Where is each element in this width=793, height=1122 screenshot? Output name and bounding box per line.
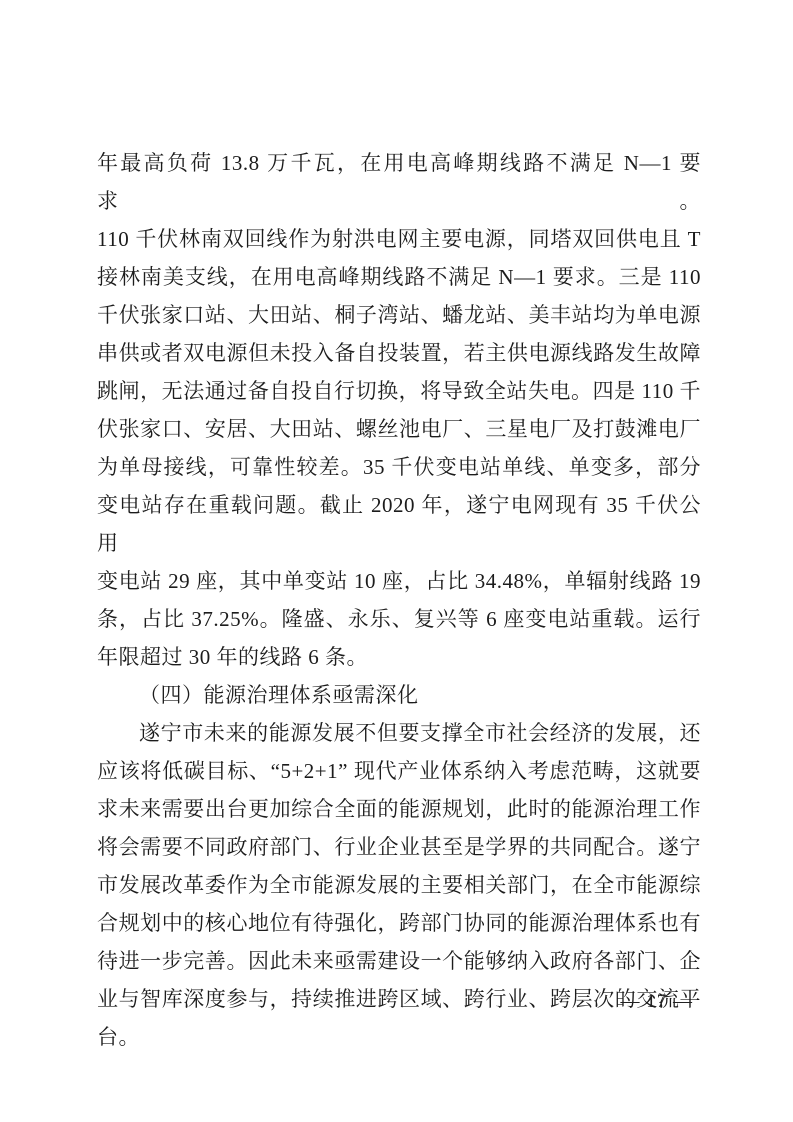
page-number: — 17 —: [621, 991, 694, 1013]
document-page: 年最高负荷 13.8 万千瓦，在用电高峰期线路不满足 N—1 要求。110 千伏…: [0, 0, 793, 1122]
text-line: 变电站 29 座，其中单变站 10 座，占比 34.48%，单辐射线路 19: [97, 562, 701, 600]
text-line: 台。: [97, 1018, 701, 1056]
text-line: 伏张家口、安居、大田站、螺丝池电厂、三星电厂及打鼓滩电厂: [97, 410, 701, 448]
text-line: 年最高负荷 13.8 万千瓦，在用电高峰期线路不满足 N—1 要求。: [97, 144, 701, 220]
text-line: 遂宁市未来的能源发展不但要支撑全市社会经济的发展，还: [97, 714, 701, 752]
text-line: 跳闸，无法通过备自投自行切换，将导致全站失电。四是 110 千: [97, 372, 701, 410]
text-line: 条，占比 37.25%。隆盛、永乐、复兴等 6 座变电站重载。运行: [97, 600, 701, 638]
text-line: 年限超过 30 年的线路 6 条。: [97, 638, 701, 676]
text-line: 合规划中的核心地位有待强化，跨部门协同的能源治理体系也有: [97, 904, 701, 942]
text-line: 待进一步完善。因此未来亟需建设一个能够纳入政府各部门、企: [97, 942, 701, 980]
text-line: 变电站存在重载问题。截止 2020 年，遂宁电网现有 35 千伏公用: [97, 486, 701, 562]
text-line: 千伏张家口站、大田站、桐子湾站、蟠龙站、美丰站均为单电源: [97, 296, 701, 334]
section-heading: （四）能源治理体系亟需深化: [97, 676, 701, 714]
text-line: 业与智库深度参与，持续推进跨区域、跨行业、跨层次的交流平: [97, 980, 701, 1018]
text-line: 串供或者双电源但未投入备自投装置，若主供电源线路发生故障: [97, 334, 701, 372]
text-line: 将会需要不同政府部门、行业企业甚至是学界的共同配合。遂宁: [97, 828, 701, 866]
text-line: 市发展改革委作为全市能源发展的主要相关部门，在全市能源综: [97, 866, 701, 904]
body-text: 年最高负荷 13.8 万千瓦，在用电高峰期线路不满足 N—1 要求。110 千伏…: [97, 144, 701, 1056]
text-line: 求未来需要出台更加综合全面的能源规划，此时的能源治理工作: [97, 790, 701, 828]
text-line: 为单母接线，可靠性较差。35 千伏变电站单线、单变多，部分: [97, 448, 701, 486]
text-line: 接林南美支线，在用电高峰期线路不满足 N—1 要求。三是 110: [97, 258, 701, 296]
text-line: 应该将低碳目标、“5+2+1” 现代产业体系纳入考虑范畴，这就要: [97, 752, 701, 790]
text-line: 110 千伏林南双回线作为射洪电网主要电源，同塔双回供电且 T: [97, 220, 701, 258]
